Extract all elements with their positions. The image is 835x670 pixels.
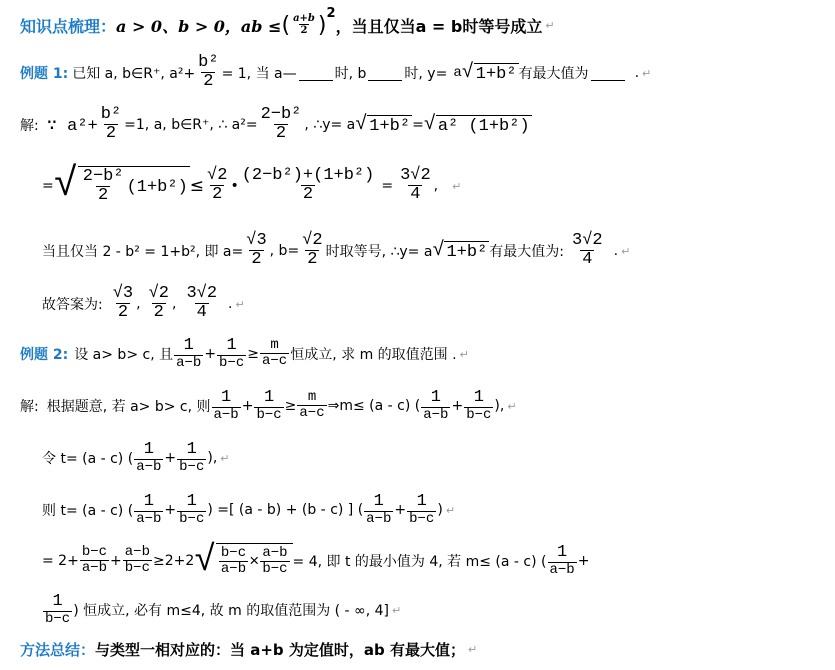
example2-line: 例题 2: 设 a> b> c, 且 1 a−b + 1 b−c ≥ m a−c… xyxy=(20,332,469,376)
example1-heading: 例题 1: xyxy=(20,63,68,83)
knowledge-heading: 知识点梳理： xyxy=(20,14,116,37)
solution1-line1: 解: ∵ a²+ b² 2 =1, a, b∈R⁺, ∴ a²= 2−b² 2 … xyxy=(20,100,532,150)
solution2-line4: = 2+ b−ca−b + a−bb−c ≥2+2 √ b−ca−b × a−b… xyxy=(42,536,589,586)
answer-blank-b[interactable] xyxy=(368,66,402,81)
solution2-line5: 1b−c ) 恒成立, 必有 m≤4, 故 m 的取值范围为 ( - ∞, 4]… xyxy=(42,588,401,632)
solution1-line2: = √ 2−b² 2 (1+b²) ≤ √2 2 • (2−b²)+(1+b²)… xyxy=(42,158,461,214)
solution-label: 解: xyxy=(20,115,39,135)
knowledge-condition: a > 0、b > 0，ab ≤ xyxy=(116,14,281,37)
paragraph-mark: ↵ xyxy=(545,19,554,32)
example1-line: 例题 1: 已知 a, b∈R⁺, a²+ b² 2 = 1, 当 a— 时, … xyxy=(20,50,651,96)
knowledge-line: 知识点梳理： a > 0、b > 0，ab ≤ ( a+b 2 ) 2 ，当且仅… xyxy=(20,6,555,44)
fraction: b² 2 xyxy=(196,54,220,92)
answer-blank-max[interactable] xyxy=(591,66,625,81)
solution2-line2: 令 t= (a - c) ( 1a−b + 1b−c ), ↵ xyxy=(42,436,230,480)
method-text: 与类型一相对应的：当 a+b 为定值时，ab 有最大值； xyxy=(95,639,465,660)
method-summary-line: 方法总结： 与类型一相对应的：当 a+b 为定值时，ab 有最大值； ↵ xyxy=(20,636,477,662)
left-paren: ( xyxy=(281,13,290,38)
knowledge-tail: ，当且仅当a = b时等号成立 xyxy=(336,14,543,37)
answer-blank-a[interactable] xyxy=(299,66,333,81)
method-heading: 方法总结： xyxy=(20,639,95,660)
example2-heading: 例题 2: xyxy=(20,344,68,364)
sqrt-expression: √ 1+b² xyxy=(462,63,519,84)
solution2-line1: 解: 根据题意, 若 a> b> c, 则 1a−b + 1b−c ≥ ma−c… xyxy=(20,384,517,428)
solution2-line3: 则 t= (a - c) ( 1a−b + 1b−c ) =[ (a - b) … xyxy=(42,488,455,532)
knowledge-fraction: a+b 2 xyxy=(291,14,317,37)
solution1-answer: 故答案为: √3 2 , √2 2 , 3√2 4 . ↵ xyxy=(42,280,245,328)
solution1-line3: 当且仅当 2 - b² = 1+b², 即 a= √3 2 , b= √2 2 … xyxy=(42,226,630,276)
right-paren: ) xyxy=(318,13,327,38)
